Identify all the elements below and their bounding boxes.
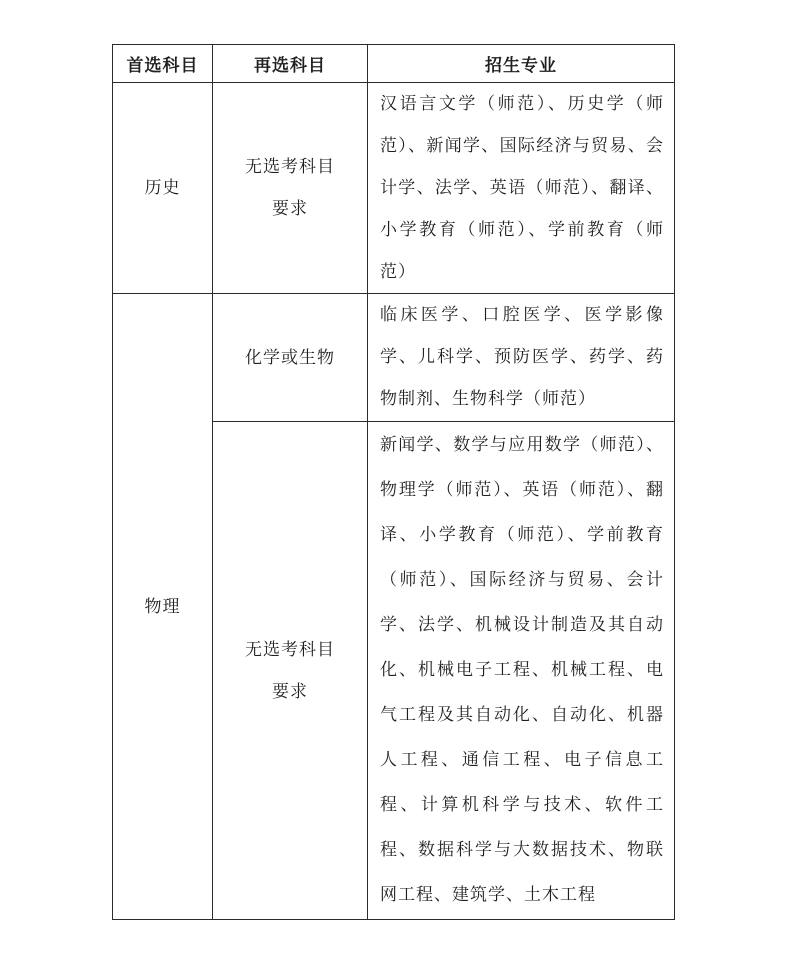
cell-first-subject-history: 历史 — [113, 83, 213, 294]
cell-second-subject-chem-or-bio: 化学或生物 — [213, 294, 368, 422]
cell-majors-history: 汉语言文学（师范）、历史学（师范）、新闻学、国际经济与贸易、会计学、法学、英语（… — [368, 83, 675, 294]
cell-second-subject-history-no-requirement: 无选考科目 要求 — [213, 83, 368, 294]
cell-second-subject-physics-no-requirement: 无选考科目 要求 — [213, 422, 368, 920]
cell-majors-physics-no-requirement: 新闻学、数学与应用数学（师范）、物理学（师范）、英语（师范）、翻译、小学教育（师… — [368, 422, 675, 920]
enrollment-subjects-table: 首选科目 再选科目 招生专业 历史 无选考科目 要求 汉语言文学（师范）、历史学… — [112, 44, 675, 920]
cell-majors-physics-chem-bio: 临床医学、口腔医学、医学影像学、儿科学、预防医学、药学、药物制剂、生物科学（师范… — [368, 294, 675, 422]
column-header-second-choice-subject: 再选科目 — [213, 45, 368, 83]
table-row-physics-chem-bio: 物理 化学或生物 临床医学、口腔医学、医学影像学、儿科学、预防医学、药学、药物制… — [113, 294, 675, 422]
table-row-history: 历史 无选考科目 要求 汉语言文学（师范）、历史学（师范）、新闻学、国际经济与贸… — [113, 83, 675, 294]
cell-first-subject-physics: 物理 — [113, 294, 213, 920]
document-page: 首选科目 再选科目 招生专业 历史 无选考科目 要求 汉语言文学（师范）、历史学… — [0, 0, 790, 978]
column-header-first-choice-subject: 首选科目 — [113, 45, 213, 83]
column-header-enrollment-majors: 招生专业 — [368, 45, 675, 83]
table-header-row: 首选科目 再选科目 招生专业 — [113, 45, 675, 83]
